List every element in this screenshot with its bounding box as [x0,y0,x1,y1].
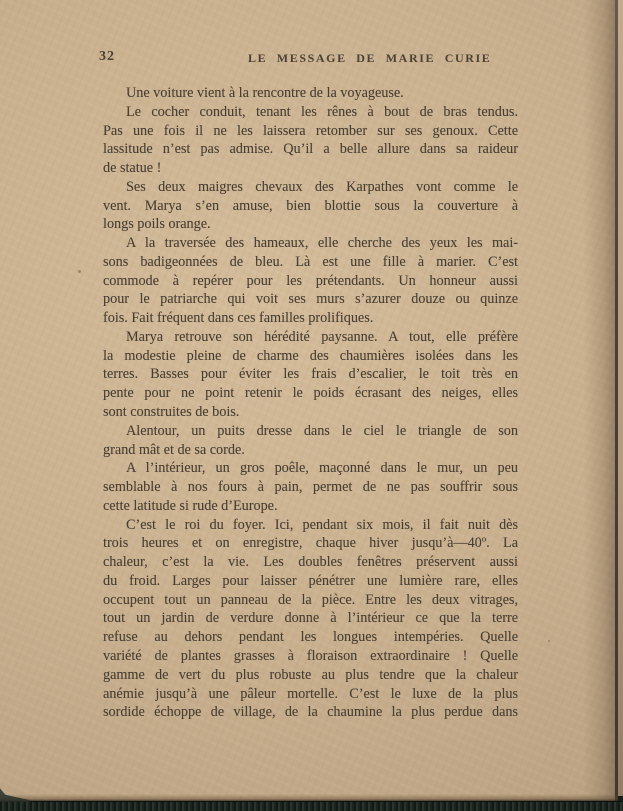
text-line: sordide échoppe de village, de la chaumi… [103,703,518,722]
text-line: Alentour, un puits dresse dans le ciel l… [103,422,518,441]
adjacent-page-edge [618,0,623,796]
text-line: occupent tout un panneau de la pièce. En… [103,591,518,610]
text-line: A l’intérieur, un gros poêle, maçonné da… [103,459,518,478]
text-block: Une voiture vient à la rencontre de la v… [103,84,518,722]
paragraph: Le cocher conduit, tenant les rênes à bo… [103,103,518,178]
text-line: refuse au dehors pendant les longues int… [103,628,518,647]
text-line: Pas une fois il ne les laissera retomber… [103,122,518,141]
text-line: anémie jusqu’à une pâleur mortelle. C’es… [103,685,518,704]
text-line: lassitude n’est pas admise. Qu’il a bell… [103,140,518,159]
text-line: trois heures et on enregistre, chaque hi… [103,534,518,553]
page-number: 32 [99,49,115,65]
paragraph: Marya retrouve son hérédité paysanne. A … [103,328,518,422]
text-line: du froid. Larges pour laisser pénétrer u… [103,572,518,591]
text-line: cette latitude si rude d’Europe. [103,497,518,516]
text-line: pente pour ne point retenir le poids écr… [103,384,518,403]
text-line: variété de plantes grasses à floraison e… [103,647,518,666]
text-line: sons badigeonnées de bleu. Là est une fi… [103,253,518,272]
text-line: longs poils orange. [103,215,518,234]
paragraph: Une voiture vient à la rencontre de la v… [103,84,518,103]
text-line: Marya retrouve son hérédité paysanne. A … [103,328,518,347]
paragraph: Ses deux maigres chevaux des Karpathes v… [103,178,518,234]
scanned-book-page: 32 LE MESSAGE DE MARIE CURIE Une voiture… [0,0,623,811]
text-line: tout un jardin de verdure donne à l’inté… [103,609,518,628]
book-page: 32 LE MESSAGE DE MARIE CURIE Une voiture… [0,0,617,801]
running-title: LE MESSAGE DE MARIE CURIE [248,51,491,66]
text-line: vent. Marya s’en amuse, bien blottie sou… [103,197,518,216]
text-line: chaleur, c’est la vie. Les doubles fenêt… [103,553,518,572]
text-line: fois. Fait fréquent dans ces familles pr… [103,309,518,328]
text-line: grand mât et de sa corde. [103,441,518,460]
text-line: Une voiture vient à la rencontre de la v… [103,84,518,103]
text-line: A la traversée des hameaux, elle cherche… [103,234,518,253]
text-line: sont construites de bois. [103,403,518,422]
text-line: Le cocher conduit, tenant les rênes à bo… [103,103,518,122]
text-line: C’est le roi du foyer. Ici, pendant six … [103,516,518,535]
paragraph: A l’intérieur, un gros poêle, maçonné da… [103,459,518,515]
text-line: la modestie pleine de charme des chaumiè… [103,347,518,366]
text-line: de statue ! [103,159,518,178]
text-line: semblable à nos fours à pain, permet de … [103,478,518,497]
page-bottom-edge-shadow [0,794,618,801]
scanner-background [0,801,623,811]
text-line: Ses deux maigres chevaux des Karpathes v… [103,178,518,197]
paragraph: A la traversée des hameaux, elle cherche… [103,234,518,328]
paragraph: Alentour, un puits dresse dans le ciel l… [103,422,518,460]
text-line: terres. Basses pour éviter les frais d’e… [103,365,518,384]
text-line: commode à repérer pour les prétendants. … [103,272,518,291]
text-line: pour le patriarche qui voit ses murs s’a… [103,290,518,309]
paragraph: C’est le roi du foyer. Ici, pendant six … [103,516,518,722]
paper-speck [548,640,550,642]
paper-speck [78,270,81,273]
text-line: gamme de vert du plus robuste au plus te… [103,666,518,685]
